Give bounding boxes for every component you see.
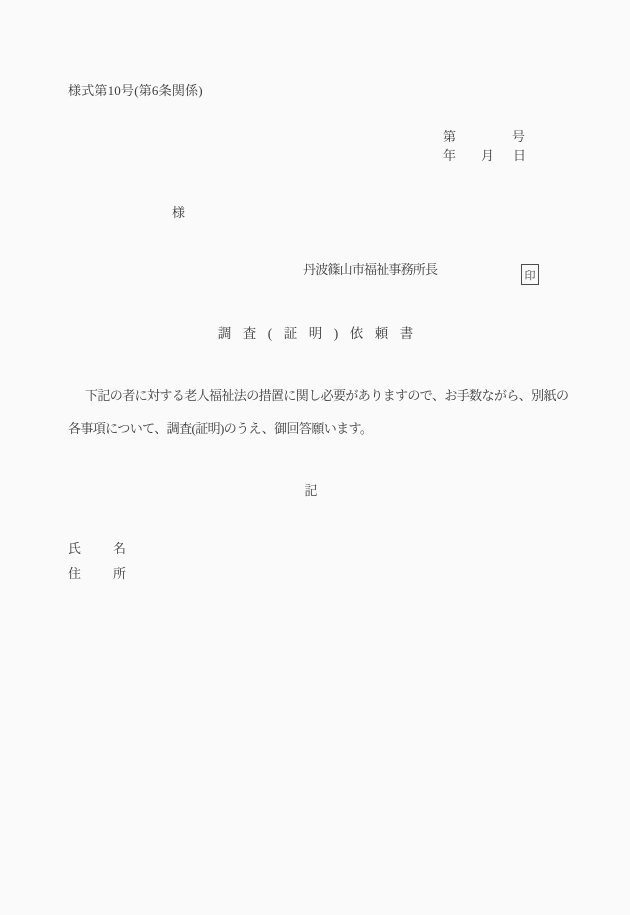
document-page: 様式第10号(第6条関係) 第 号 年 月 日 様 丹波篠山市福祉事務所長 印 … <box>0 0 630 915</box>
doc-number-prefix-label: 第 <box>443 130 456 145</box>
seal-mark-label: 印 <box>525 267 536 283</box>
record-marker-label: 記 <box>0 484 622 499</box>
date-year-label: 年 <box>443 149 456 164</box>
seal-box: 印 <box>521 264 539 285</box>
body-line-1: 下記の者に対する老人福祉法の措置に関し必要がありますので、お手数ながら、別紙の <box>85 389 568 404</box>
date-month-label: 月 <box>481 149 494 164</box>
address-label-first: 住 <box>68 567 81 582</box>
body-line-2: 各事項について、調査(証明)のうえ、御回答願います。 <box>68 422 372 437</box>
form-number-label: 様式第10号(第6条関係) <box>68 84 203 99</box>
date-day-label: 日 <box>513 149 526 164</box>
name-label-second: 名 <box>113 542 126 557</box>
doc-number-suffix-label: 号 <box>512 130 525 145</box>
address-label-second: 所 <box>113 567 126 582</box>
addressee-honorific-label: 様 <box>172 206 185 221</box>
document-title: 調 査 ( 証 明 ) 依 頼 書 <box>0 326 630 342</box>
name-label-first: 氏 <box>68 542 81 557</box>
sender-title-label: 丹波篠山市福祉事務所長 <box>303 263 437 278</box>
